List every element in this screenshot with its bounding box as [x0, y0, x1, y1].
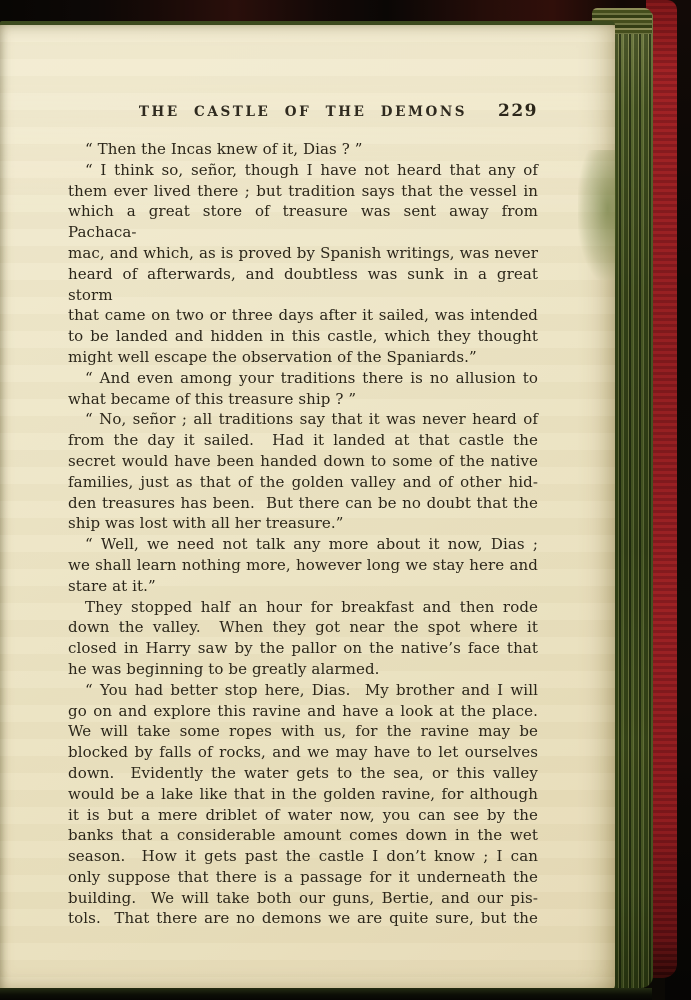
paragraph: “ I think so, señor, though I have not h…: [68, 160, 538, 368]
body-text: “ Then the Incas knew of it, Dias ? ”“ I…: [68, 139, 538, 929]
text-line: tols. That there are no demons we are qu…: [68, 908, 538, 929]
text-line: from the day it sailed. Had it landed at…: [68, 430, 538, 451]
text-line: closed in Harry saw by the pallor on the…: [68, 638, 538, 659]
text-line: he was beginning to be greatly alarmed.: [68, 659, 538, 680]
paragraph: “ Then the Incas knew of it, Dias ? ”: [68, 139, 538, 160]
text-line: “ Well, we need not talk any more about …: [68, 534, 538, 555]
scanned-book-page-photo: THE CASTLE OF THE DEMONS 229 “ Then the …: [0, 0, 691, 1000]
running-header-title: THE CASTLE OF THE DEMONS: [68, 104, 538, 120]
text-line: to be landed and hidden in this castle, …: [68, 326, 538, 347]
paragraph: “ And even among your traditions there i…: [68, 368, 538, 410]
text-line: secret would have been handed down to so…: [68, 451, 538, 472]
edge-stain: [578, 150, 616, 280]
text-line: blocked by falls of rocks, and we may ha…: [68, 742, 538, 763]
text-line: them ever lived there ; but tradition sa…: [68, 181, 538, 202]
text-line: heard of afterwards, and doubtless was s…: [68, 264, 538, 306]
text-line: families, just as that of the golden val…: [68, 472, 538, 493]
text-line: banks that a considerable amount comes d…: [68, 825, 538, 846]
text-line: mac, and which, as is proved by Spanish …: [68, 243, 538, 264]
text-line: down. Evidently the water gets to the se…: [68, 763, 538, 784]
book-page: THE CASTLE OF THE DEMONS 229 “ Then the …: [0, 21, 615, 994]
page-number: 229: [498, 101, 538, 121]
paragraph: They stopped half an hour for breakfast …: [68, 597, 538, 680]
text-line: it is but a mere driblet of water now, y…: [68, 805, 538, 826]
text-line: “ No, señor ; all traditions say that it…: [68, 409, 538, 430]
text-line: would be a lake like that in the golden …: [68, 784, 538, 805]
paragraph: “ Well, we need not talk any more about …: [68, 534, 538, 596]
text-line: which a great store of treasure was sent…: [68, 201, 538, 243]
text-line: stare at it.”: [68, 576, 538, 597]
text-line: “ And even among your traditions there i…: [68, 368, 538, 389]
running-header: THE CASTLE OF THE DEMONS 229: [68, 104, 538, 122]
text-line: that came on two or three days after it …: [68, 305, 538, 326]
text-line: We will take some ropes with us, for the…: [68, 721, 538, 742]
bottom-shadow-strip: [0, 988, 652, 1000]
paragraph: “ No, señor ; all traditions say that it…: [68, 409, 538, 534]
text-line: season. How it gets past the castle I do…: [68, 846, 538, 867]
text-line: “ Then the Incas knew of it, Dias ? ”: [68, 139, 538, 160]
text-line: down the valley. When they got near the …: [68, 617, 538, 638]
text-line: what became of this treasure ship ? ”: [68, 389, 538, 410]
text-line: den treasures has been. But there can be…: [68, 493, 538, 514]
text-column: THE CASTLE OF THE DEMONS 229 “ Then the …: [68, 104, 538, 929]
text-line: we shall learn nothing more, however lon…: [68, 555, 538, 576]
text-line: might well escape the observation of the…: [68, 347, 538, 368]
paragraph: “ You had better stop here, Dias. My bro…: [68, 680, 538, 930]
text-line: ship was lost with all her treasure.”: [68, 513, 538, 534]
text-line: “ You had better stop here, Dias. My bro…: [68, 680, 538, 701]
text-line: “ I think so, señor, though I have not h…: [68, 160, 538, 181]
text-line: only suppose that there is a passage for…: [68, 867, 538, 888]
text-line: They stopped half an hour for breakfast …: [68, 597, 538, 618]
text-line: building. We will take both our guns, Be…: [68, 888, 538, 909]
text-line: go on and explore this ravine and have a…: [68, 701, 538, 722]
